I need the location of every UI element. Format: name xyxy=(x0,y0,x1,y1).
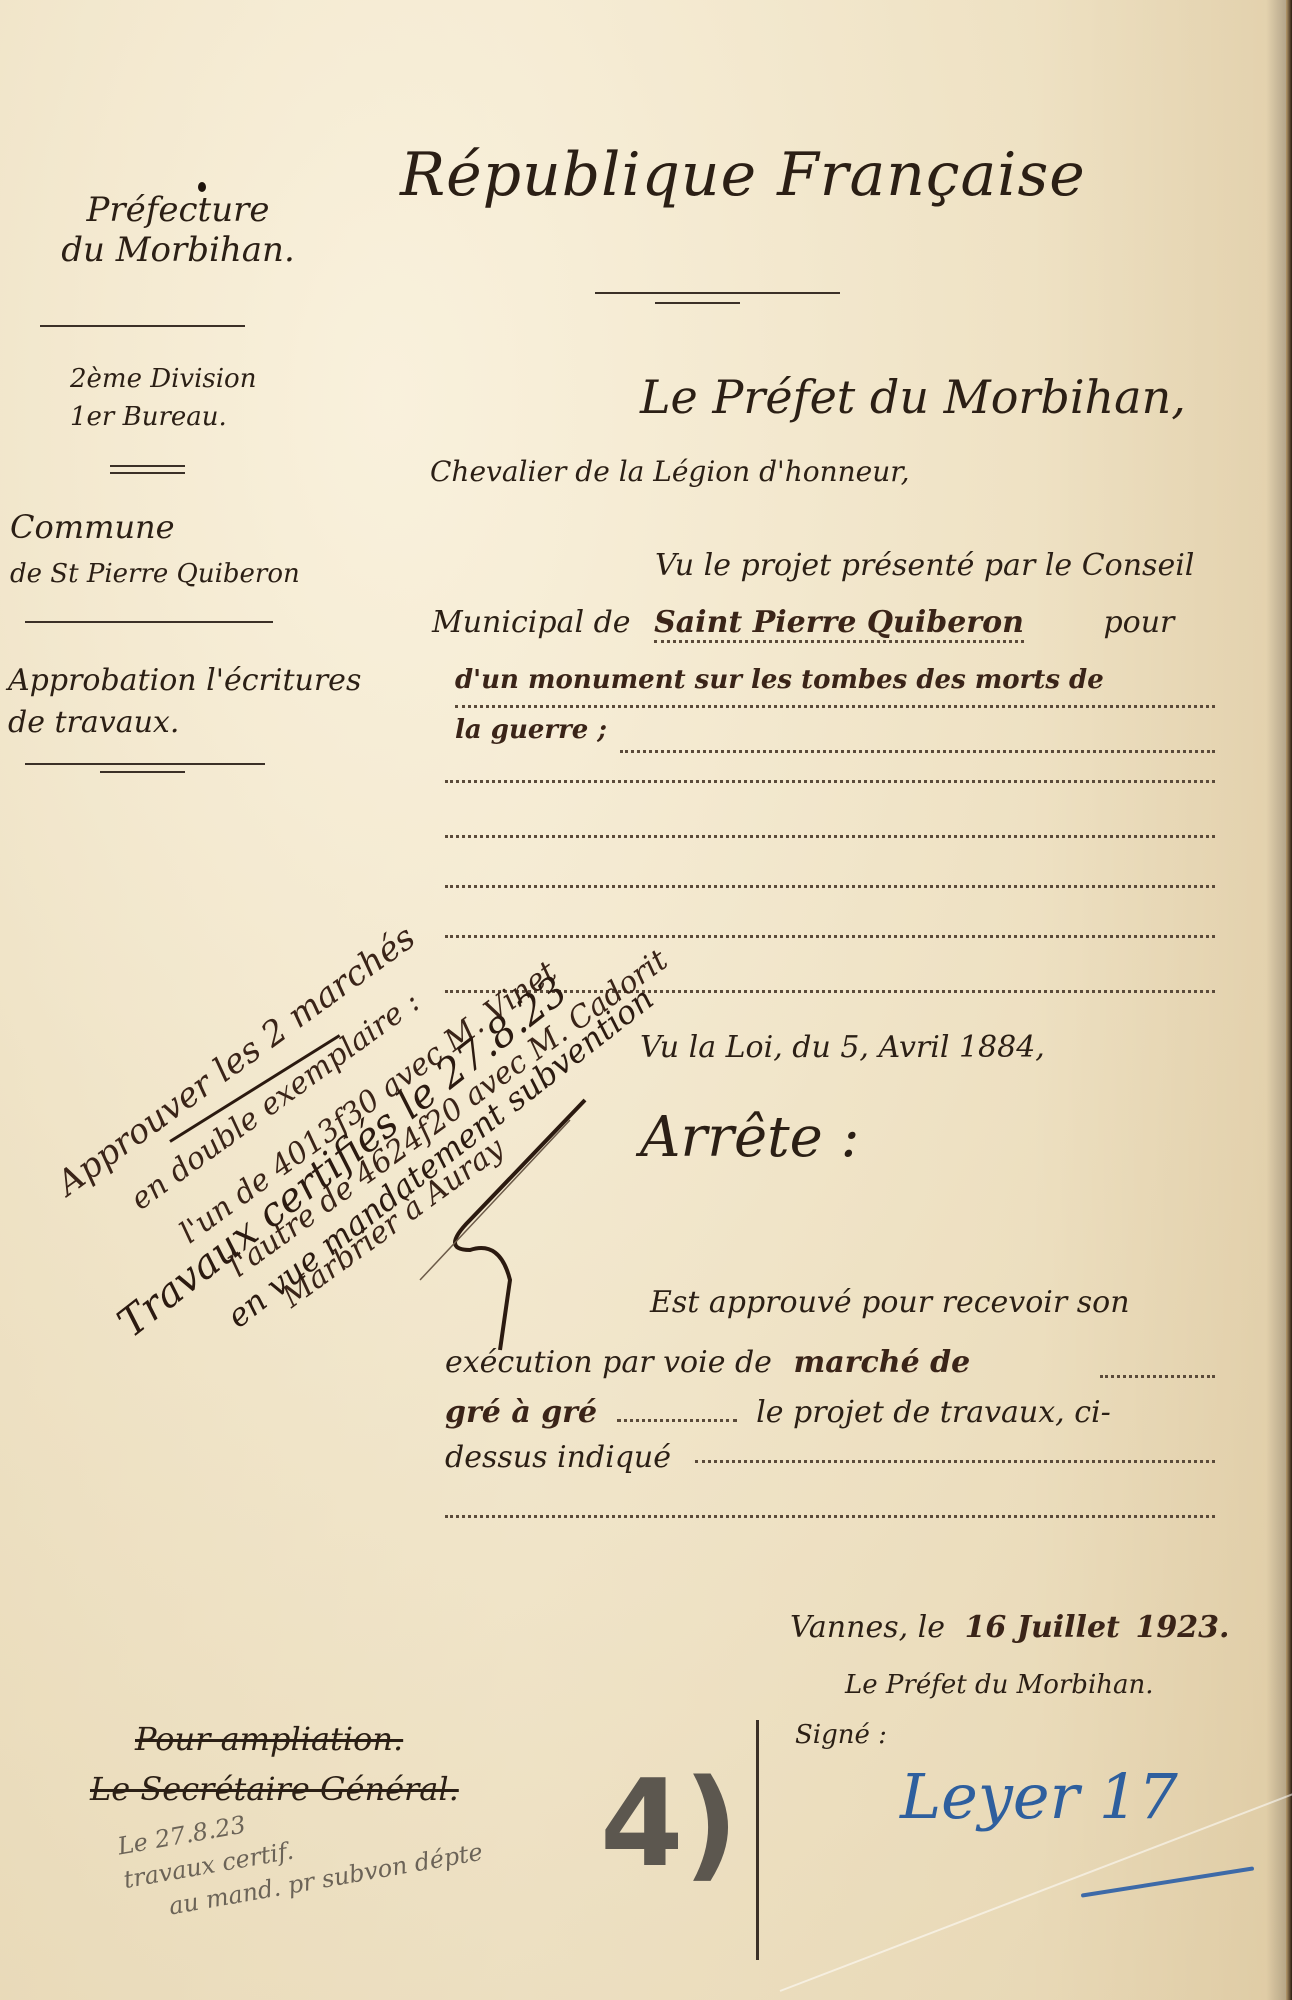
divider xyxy=(110,465,185,467)
vu-projet-line-3: d'un monument sur les tombes des morts d… xyxy=(455,665,1104,695)
commune-line-2: de St Pierre Quiberon xyxy=(10,549,300,596)
prefecture-line-2: du Morbihan. xyxy=(48,230,308,270)
blue-signature: Leyer 17 xyxy=(900,1760,1178,1833)
divider xyxy=(25,763,265,765)
form-dotted-line xyxy=(445,780,1215,783)
place-date-line: Vannes, le 16 Juillet 1923. xyxy=(790,1610,1229,1645)
bureau-line: 1er Bureau. xyxy=(70,398,256,436)
procedure-filled: marché de xyxy=(794,1345,971,1380)
municipality-filled: Saint Pierre Quiberon xyxy=(654,605,1024,643)
ampliation-line-1: Pour ampliation. xyxy=(135,1720,403,1758)
prefet-heading: Le Préfet du Morbihan, xyxy=(640,370,1186,424)
prefecture-line-1: Préfecture xyxy=(48,190,308,230)
form-dotted-line xyxy=(445,1515,1215,1518)
commune-line-1: Commune xyxy=(10,505,300,549)
vu-projet-line-2: Municipal de Saint Pierre Quiberon pour xyxy=(432,605,1174,640)
prefecture-heading: Préfecture du Morbihan. xyxy=(48,190,308,270)
division-line: 2ème Division xyxy=(70,360,256,398)
bracket-mark xyxy=(756,1720,759,1960)
projet-label: le projet de travaux, ci- xyxy=(756,1395,1111,1430)
title-underline xyxy=(595,292,840,294)
paraph-flourish xyxy=(360,1080,600,1360)
vu-projet-line-1: Vu le projet présenté par le Conseil xyxy=(655,548,1194,583)
vu-loi-line: Vu la Loi, du 5, Avril 1884, xyxy=(640,1030,1045,1065)
place-label: Vannes, le xyxy=(790,1610,945,1645)
ink-spot xyxy=(198,182,206,192)
date-day-month: 16 Juillet xyxy=(965,1610,1120,1645)
article-line-1: Est approuvé pour recevoir son xyxy=(650,1285,1130,1320)
divider xyxy=(25,621,273,623)
commune-heading: Commune de St Pierre Quiberon xyxy=(10,505,300,596)
divider xyxy=(110,472,185,474)
form-dotted-line xyxy=(695,1460,1215,1463)
article-line-4: dessus indiqué xyxy=(445,1440,671,1475)
vu-projet-line-4: la guerre ; xyxy=(455,715,607,745)
article-line-3-dots xyxy=(617,1419,737,1422)
document-title: République Française xyxy=(400,140,1086,210)
subject-line-1: Approbation l'écritures xyxy=(8,660,361,702)
form-dotted-line xyxy=(1100,1375,1215,1378)
commune-name: de St Pierre Quiberon xyxy=(10,559,300,589)
arrete-heading: Arrête : xyxy=(640,1105,859,1170)
pour-label: pour xyxy=(1103,605,1174,640)
date-year: 1923. xyxy=(1135,1610,1229,1645)
subject-line-2: de travaux. xyxy=(8,702,361,744)
form-dotted-line xyxy=(620,750,1215,753)
municipal-label: Municipal de xyxy=(432,605,631,640)
divider xyxy=(40,325,245,327)
pencil-mark: 4) xyxy=(600,1755,738,1894)
subject-heading: Approbation l'écritures de travaux. xyxy=(8,660,361,744)
signatory-line: Le Préfet du Morbihan. xyxy=(845,1670,1154,1700)
form-dotted-line xyxy=(455,705,1215,708)
article-line-3: gré à gré le projet de travaux, ci- xyxy=(445,1395,1111,1430)
chevalier-line: Chevalier de la Légion d'honneur, xyxy=(430,455,909,488)
title-underline xyxy=(655,302,740,304)
signed-label: Signé : xyxy=(795,1720,887,1750)
divider xyxy=(100,771,185,773)
procedure-filled-cont: gré à gré xyxy=(445,1395,597,1430)
division-heading: 2ème Division 1er Bureau. xyxy=(70,360,256,436)
